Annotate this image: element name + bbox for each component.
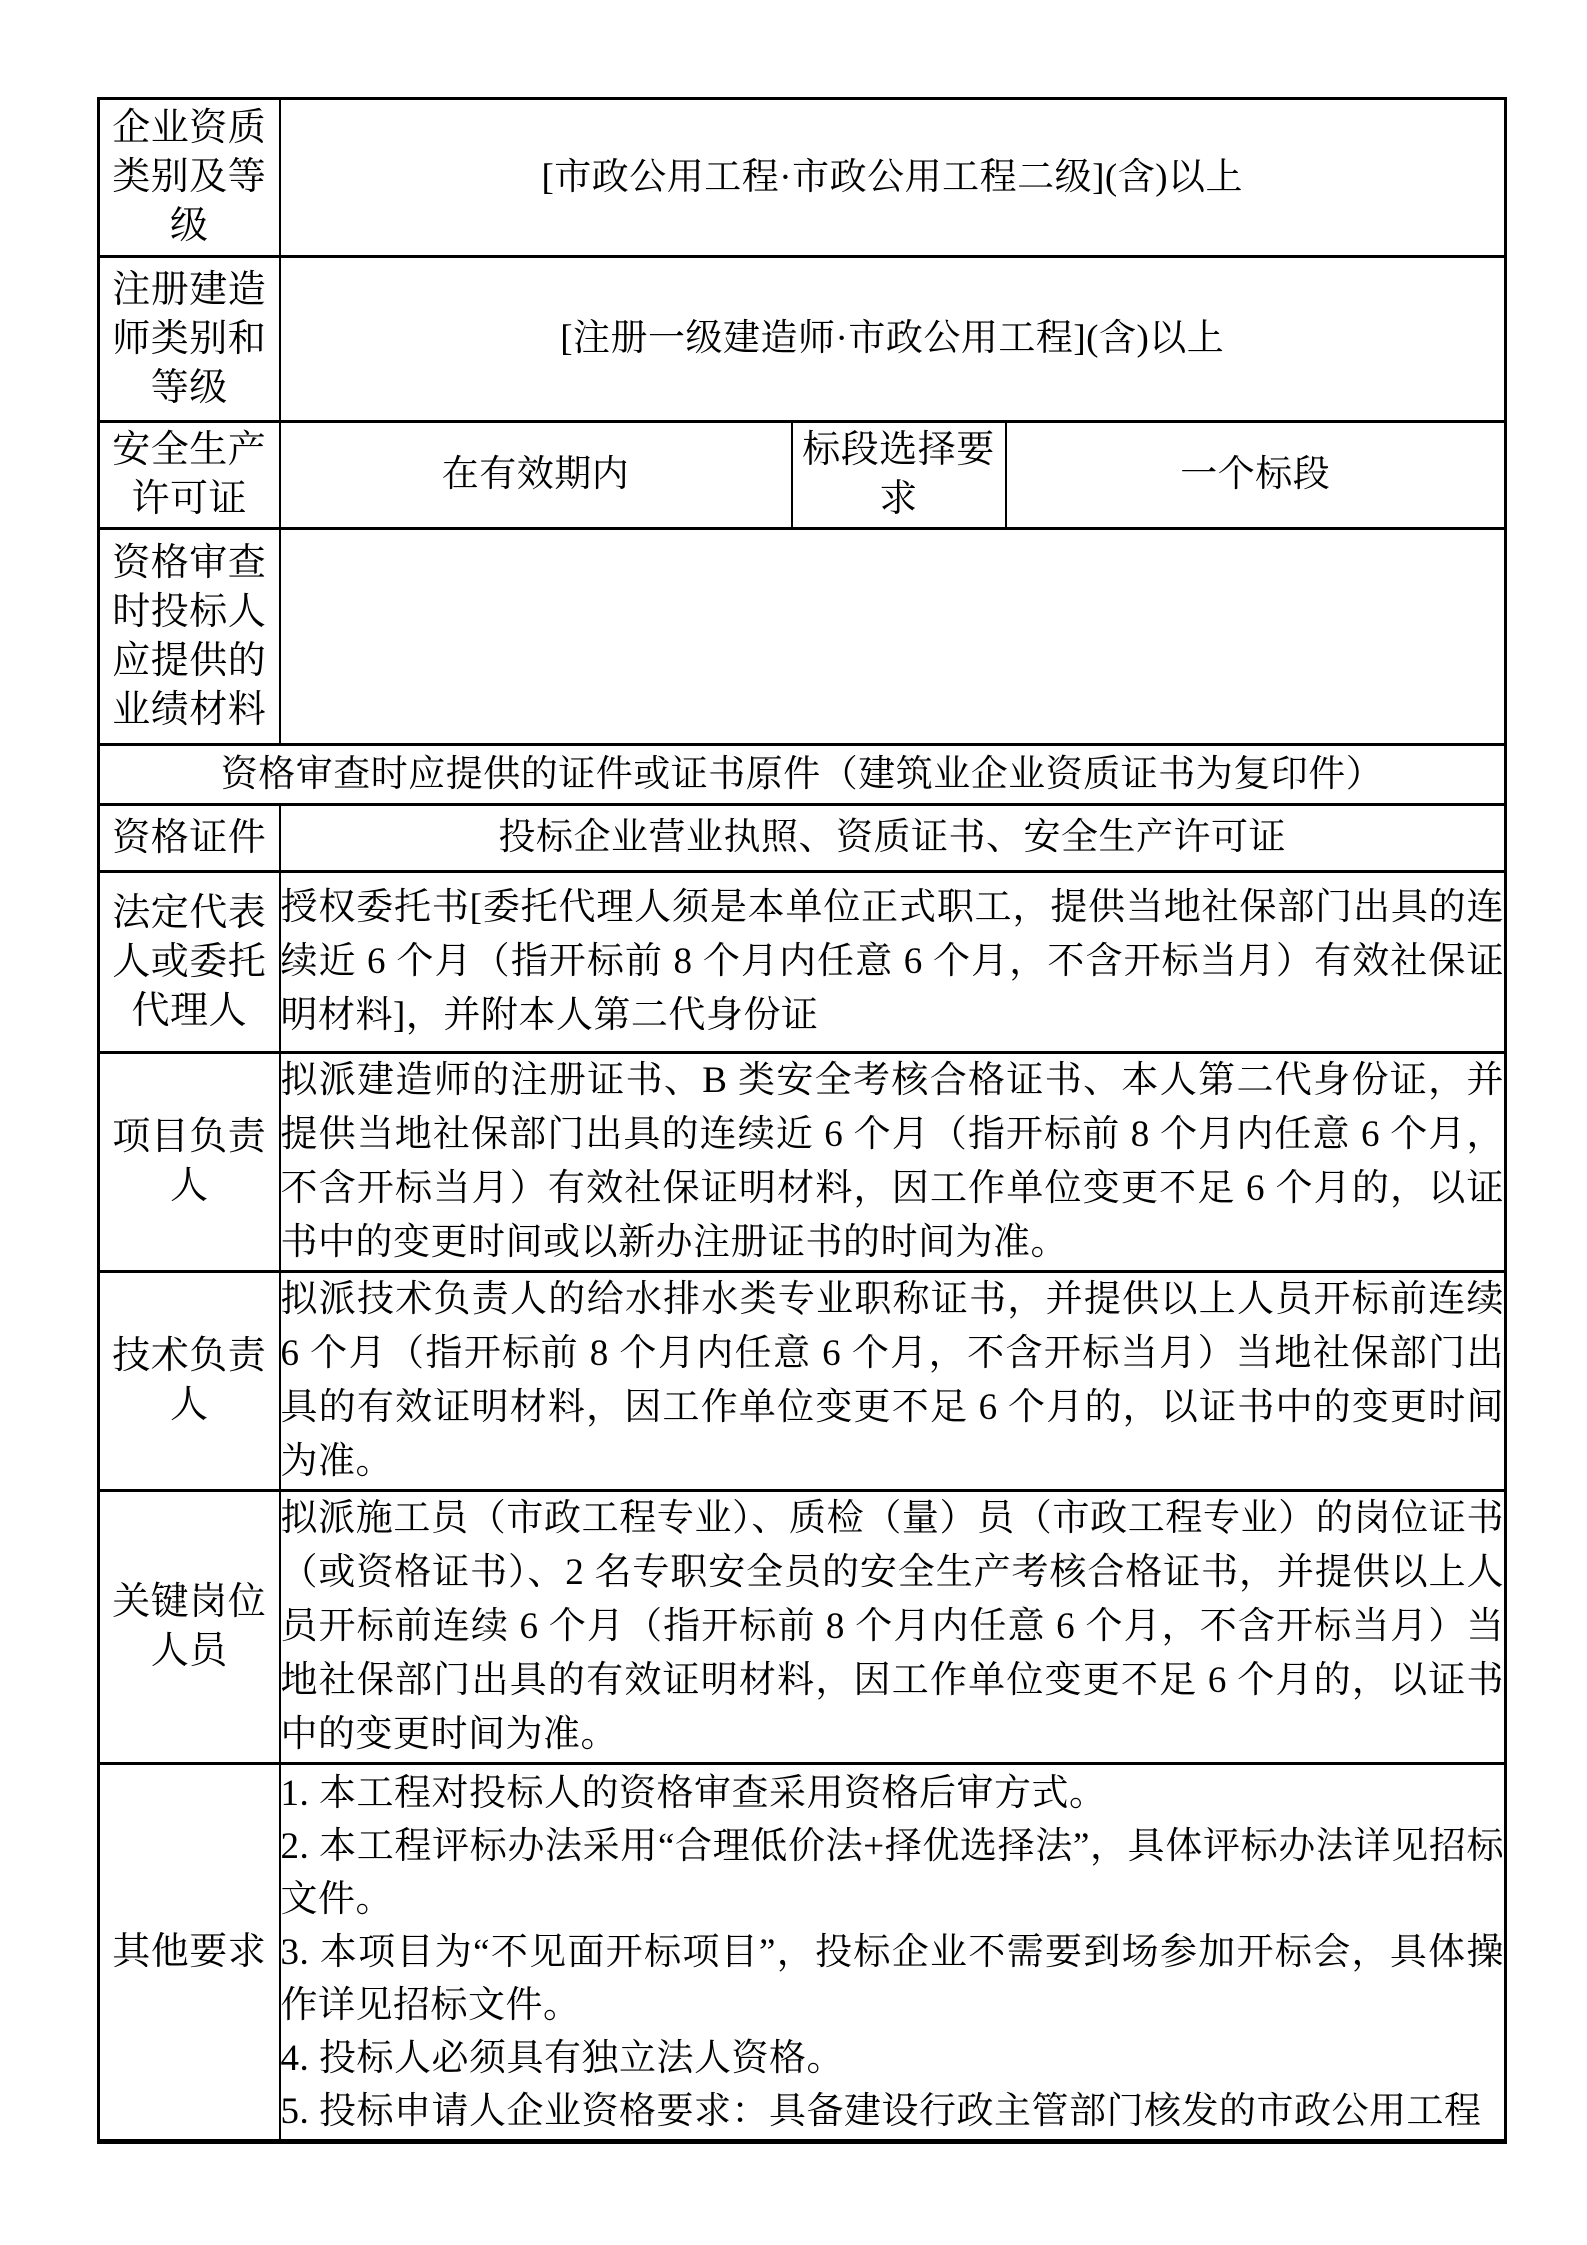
value-project-manager-requirements: 拟派建造师的注册证书、B 类安全考核合格证书、本人第二代身份证，并提供当地社保部… [280,1053,1506,1272]
value-bid-section: 一个标段 [1006,422,1506,529]
value-safety-license-status: 在有效期内 [280,422,792,529]
value-qualification-certificates: 投标企业营业执照、资质证书、安全生产许可证 [280,805,1506,872]
label-technical-director: 技术负责人 [99,1272,280,1491]
value-key-position-requirements: 拟派施工员（市政工程专业）、质检（量）员（市政工程专业）的岗位证书（或资格证书）… [280,1491,1506,1764]
row-certificates-originals-note: 资格审查时应提供的证件或证书原件（建筑业企业资质证书为复印件） [99,745,1506,805]
other-requirement-item-5: 5. 投标申请人企业资格要求：具备建设行政主管部门核发的市政公用工程 [281,2085,1505,2138]
value-registered-constructor: [注册一级建造师·市政公用工程](含)以上 [280,257,1506,422]
value-enterprise-qualification: [市政公用工程·市政公用工程二级](含)以上 [280,99,1506,257]
label-other-requirements: 其他要求 [99,1764,280,2142]
label-project-manager: 项目负责人 [99,1053,280,1272]
value-technical-director-requirements: 拟派技术负责人的给水排水类专业职称证书，并提供以上人员开标前连续 6 个月（指开… [280,1272,1506,1491]
other-requirement-item-2: 2. 本工程评标办法采用“合理低价法+择优选择法”，具体评标办法详见招标文件。 [281,1820,1505,1926]
value-other-requirements: 1. 本工程对投标人的资格审查采用资格后审方式。 2. 本工程评标办法采用“合理… [280,1764,1506,2142]
label-key-position-personnel: 关键岗位人员 [99,1491,280,1764]
qualification-requirements-table: 企业资质类别及等级 [市政公用工程·市政公用工程二级](含)以上 注册建造师类别… [97,97,1507,2144]
label-registered-constructor-category: 注册建造师类别和等级 [99,257,280,422]
label-safety-production-license: 安全生产许可证 [99,422,280,529]
label-bid-section-requirement: 标段选择要求 [792,422,1006,529]
label-enterprise-qualification-category: 企业资质类别及等级 [99,99,280,257]
label-legal-representative-or-agent: 法定代表人或委托代理人 [99,872,280,1053]
value-legal-representative-requirements: 授权委托书[委托代理人须是本单位正式职工，提供当地社保部门出具的连续近 6 个月… [280,872,1506,1053]
value-performance-materials [280,529,1506,745]
label-qualification-certificates: 资格证件 [99,805,280,872]
label-performance-materials: 资格审查时投标人应提供的业绩材料 [99,529,280,745]
document-page: 企业资质类别及等级 [市政公用工程·市政公用工程二级](含)以上 注册建造师类别… [0,0,1587,2245]
other-requirement-item-3: 3. 本项目为“不见面开标项目”，投标企业不需要到场参加开标会，具体操作详见招标… [281,1926,1505,2032]
other-requirement-item-4: 4. 投标人必须具有独立法人资格。 [281,2032,1505,2085]
other-requirement-item-1: 1. 本工程对投标人的资格审查采用资格后审方式。 [281,1767,1505,1820]
